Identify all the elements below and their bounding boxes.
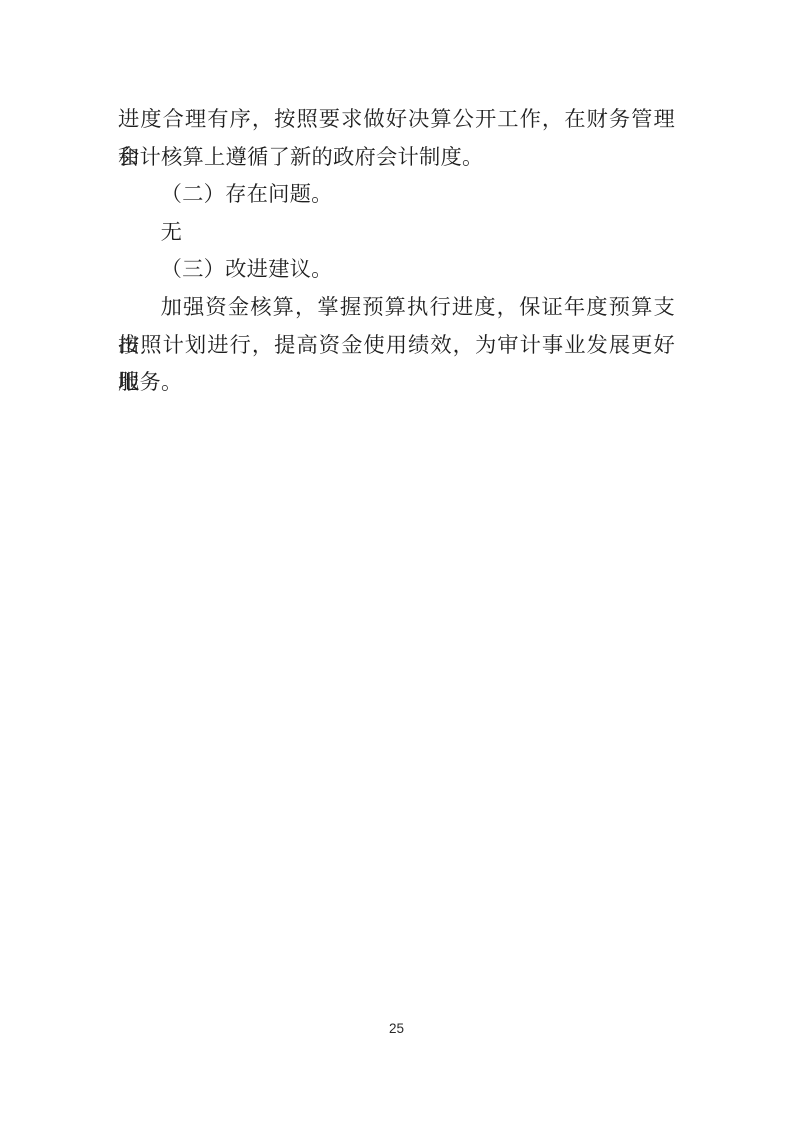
page-footer: 25 (0, 1020, 793, 1038)
document-body: 进度合理有序，按照要求做好决算公开工作，在财务管理和 会计核算上遵循了新的政府会… (118, 101, 675, 402)
text-line: 按照计划进行，提高资金使用绩效，为审计事业发展更好地 (118, 327, 675, 365)
text-line: 进度合理有序，按照要求做好决算公开工作，在财务管理和 (118, 101, 675, 139)
section-heading-3: （三）改进建议。 (118, 251, 675, 289)
document-page: 进度合理有序，按照要求做好决算公开工作，在财务管理和 会计核算上遵循了新的政府会… (0, 0, 793, 1122)
text-line: 无 (118, 214, 675, 252)
text-line: 会计核算上遵循了新的政府会计制度。 (118, 139, 675, 177)
page-number: 25 (389, 1021, 404, 1036)
text-line: 加强资金核算，掌握预算执行进度，保证年度预算支出 (118, 289, 675, 327)
section-heading-2: （二）存在问题。 (118, 176, 675, 214)
text-line: 服务。 (118, 364, 675, 402)
